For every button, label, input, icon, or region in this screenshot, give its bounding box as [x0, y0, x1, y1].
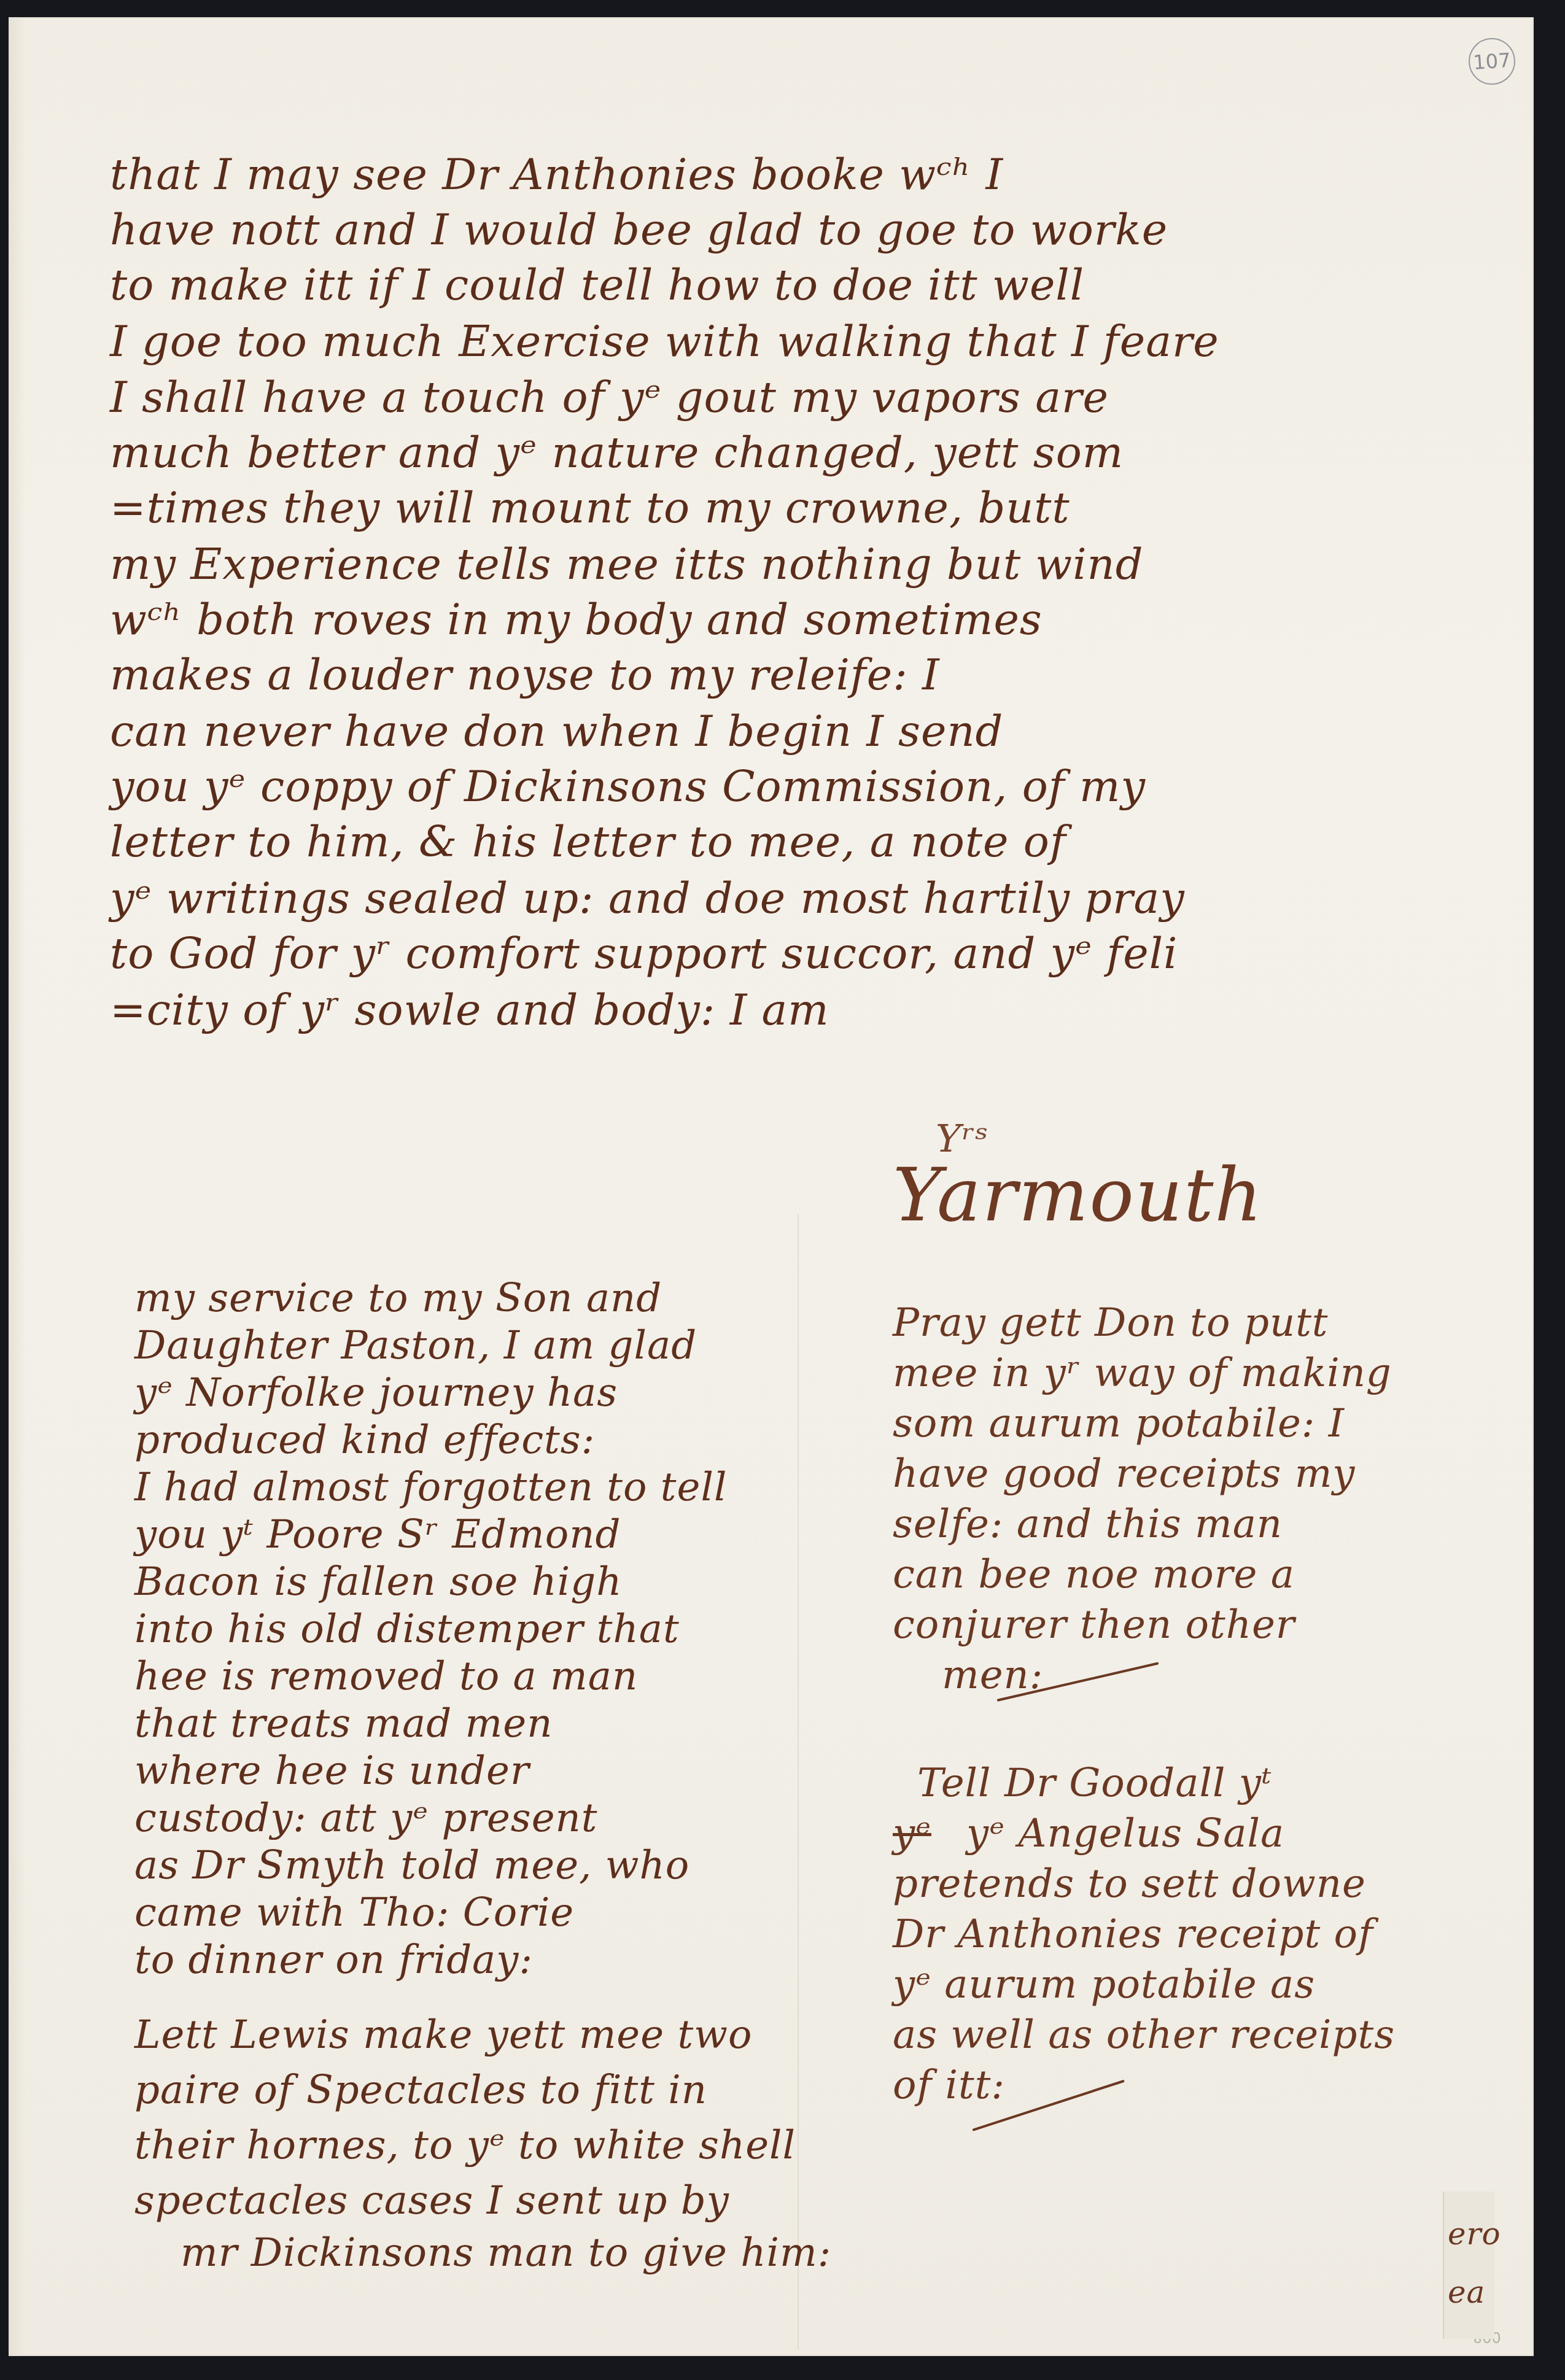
letter-line: much better and yᵉ nature changed, yett …	[110, 427, 1124, 478]
fragment-line: ea	[1448, 2274, 1485, 2310]
postscript-line: into his old distemper that	[134, 1607, 680, 1652]
postscript-line: to dinner on friday:	[134, 1937, 533, 1983]
fragment-line: ero	[1448, 2216, 1501, 2252]
postscript-line: Tell Dr Goodall yᵗ	[917, 1761, 1272, 1806]
letter-line: to God for yʳ comfort support succor, an…	[110, 928, 1178, 979]
letter-line: yᵉ writings sealed up: and doe most hart…	[110, 873, 1185, 923]
letter-line: that I may see Dr Anthonies booke wᶜʰ I	[110, 149, 1003, 200]
postscript-line: yᵉ Angelus Sala	[966, 1811, 1284, 1856]
postscript-line: that treats mad men	[134, 1701, 553, 1746]
postscript-line: mr Dickinsons man to give him:	[181, 2230, 831, 2276]
underlying-page-fragment: ero ea	[1443, 2192, 1494, 2339]
struck-word: yᵉ	[893, 1811, 931, 1856]
letter-line: I shall have a touch of yᵉ gout my vapor…	[110, 372, 1109, 422]
postscript-line: their hornes, to yᵉ to white shell	[134, 2123, 796, 2168]
postscript-line: my service to my Son and	[134, 1276, 662, 1321]
letter-line: have nott and I would bee glad to goe to…	[110, 204, 1168, 255]
postscript-line: yᵉ aurum potabile as	[893, 1962, 1315, 2007]
letter-line: to make itt if I could tell how to doe i…	[110, 260, 1084, 310]
letter-line: my Experience tells mee itts nothing but…	[110, 539, 1143, 589]
postscript-line: men:	[942, 1653, 1043, 1698]
postscript-line: mee in yʳ way of making	[893, 1351, 1392, 1396]
postscript-line: spectacles cases I sent up by	[134, 2178, 729, 2223]
postscript-line: have good receipts my	[893, 1451, 1355, 1497]
postscript-line: came with Tho: Corie	[134, 1890, 574, 1936]
letter-line: I goe too much Exercise with walking tha…	[110, 316, 1219, 366]
postscript-line: paire of Spectacles to fitt in	[134, 2068, 707, 2113]
postscript-line: Lett Lewis make yett mee two	[134, 2012, 752, 2058]
postscript-line: produced kind effects:	[134, 1417, 595, 1463]
letter-line: you yᵉ coppy of Dickinsons Commission, o…	[110, 761, 1146, 812]
postscript-line: Dr Anthonies receipt of	[893, 1912, 1373, 1957]
postscript-line: yᵉ Norfolke journey has	[134, 1370, 618, 1416]
postscript-line: as well as other receipts	[893, 2012, 1395, 2058]
manuscript-page: 107 that I may see Dr Anthonies booke wᶜ…	[9, 17, 1534, 2356]
postscript-line: of itt:	[893, 2063, 1005, 2108]
letter-line: =times they will mount to my crowne, but…	[110, 483, 1070, 533]
postscript-line: hee is removed to a man	[134, 1654, 638, 1699]
postscript-line: you yᵗ Poore Sʳ Edmond	[134, 1512, 621, 1557]
postscript-line: custody: att yᵉ present	[134, 1796, 598, 1841]
signature: Yarmouth	[893, 1153, 1264, 1238]
postscript-line: som aurum potabile: I	[893, 1401, 1345, 1446]
postscript-line: Pray gett Don to putt	[893, 1300, 1329, 1346]
postscript-line: yᵉ	[893, 1811, 931, 1856]
postscript-line: Daughter Paston, I am glad	[134, 1323, 697, 1368]
folio-number-stamp: 107	[1467, 36, 1516, 86]
postscript-line: can bee noe more a	[893, 1552, 1295, 1597]
fold-crease	[798, 1214, 799, 2350]
letter-line: =city of yʳ sowle and body: I am	[110, 985, 829, 1035]
letter-line: letter to him, & his letter to mee, a no…	[110, 816, 1066, 867]
postscript-line: conjurer then other	[893, 1602, 1295, 1648]
letter-line: makes a louder noyse to my releife: I	[110, 649, 940, 700]
postscript-line: Bacon is fallen soe high	[134, 1559, 622, 1605]
letter-line: can never have don when I begin I send	[110, 706, 1003, 756]
postscript-line: as Dr Smyth told mee, who	[134, 1843, 689, 1888]
postscript-line: selfe: and this man	[893, 1502, 1283, 1547]
postscript-line: I had almost forgotten to tell	[134, 1465, 727, 1510]
letter-line: wᶜʰ both roves in my body and sometimes	[110, 594, 1043, 645]
postscript-line: pretends to sett downe	[893, 1861, 1366, 1907]
postscript-line: where hee is under	[134, 1748, 530, 1794]
